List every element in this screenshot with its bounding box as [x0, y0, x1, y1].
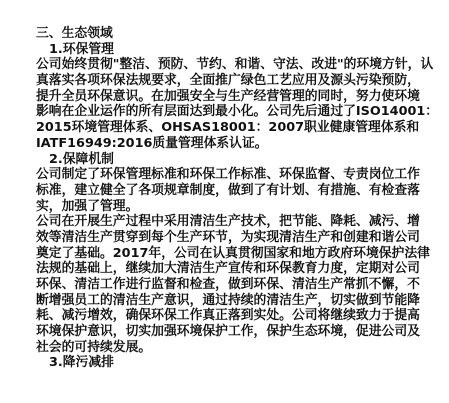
text-line: 公司始终贯彻"整洁、预防、节约、和谐、守法、改进"的环境方针，认 [36, 57, 423, 73]
text-line: IATF16949:2016质量管理体系认证。 [36, 136, 423, 152]
text-line: 影响在企业运作的所有层面达到最小化。公司先后通过了ISO14001： [36, 104, 423, 120]
text-line: 耗、减污增效，确保环保工作真正落到实处。公司将继续致力于提高 [36, 308, 423, 324]
text-line: 断增强员工的清洁生产意识，通过持续的清洁生产，切实做到节能降 [36, 293, 423, 309]
text-line: 实，加强了管理。 [36, 199, 423, 215]
text-line: 真落实各项环保法规要求，全面推广绿色工艺应用及源头污染预防， [36, 73, 423, 89]
text-line: 公司在开展生产过程中采用清洁生产技术，把节能、降耗、减污、增 [36, 214, 423, 230]
section-1-heading: 1.环保管理 [36, 42, 423, 58]
text-line: 提升全员环保意识。在加强安全与生产经营管理的同时，努力使环境 [36, 89, 423, 105]
text-line: 效等清洁生产贯穿到每个生产环节，为实现清洁生产和创建和谐公司 [36, 230, 423, 246]
text-line: 公司制定了环保管理标准和环保工作标准、环保监督、专责岗位工作 [36, 167, 423, 183]
text-line: 标准，建立健全了各项规章制度，做到了有计划、有措施、有检查落 [36, 183, 423, 199]
text-line: 2015环境管理体系、OHSAS18001：2007职业健康管理体系和 [36, 120, 423, 136]
text-line: 环保、清洁工作进行监督和检查，做到环保、清洁生产常抓不懈，不 [36, 277, 423, 293]
text-line: 社会的可持续发展。 [36, 340, 423, 356]
text-line: 法规的基础上，继续加大清洁生产宣传和环保教育力度，定期对公司 [36, 261, 423, 277]
text-line: 环境保护意识，切实加强环境保护工作，保护生态环境，促进公司及 [36, 324, 423, 340]
document-title: 三、生态领域 [36, 26, 423, 42]
section-3-heading: 3.降污减排 [36, 355, 423, 371]
section-2-heading: 2.保障机制 [36, 152, 423, 168]
document-page: 三、生态领域 1.环保管理 公司始终贯彻"整洁、预防、节约、和谐、守法、改进"的… [0, 0, 449, 403]
text-line: 奠定了基础。2017年，公司在认真贯彻国家和地方政府环境保护法律 [36, 246, 423, 262]
